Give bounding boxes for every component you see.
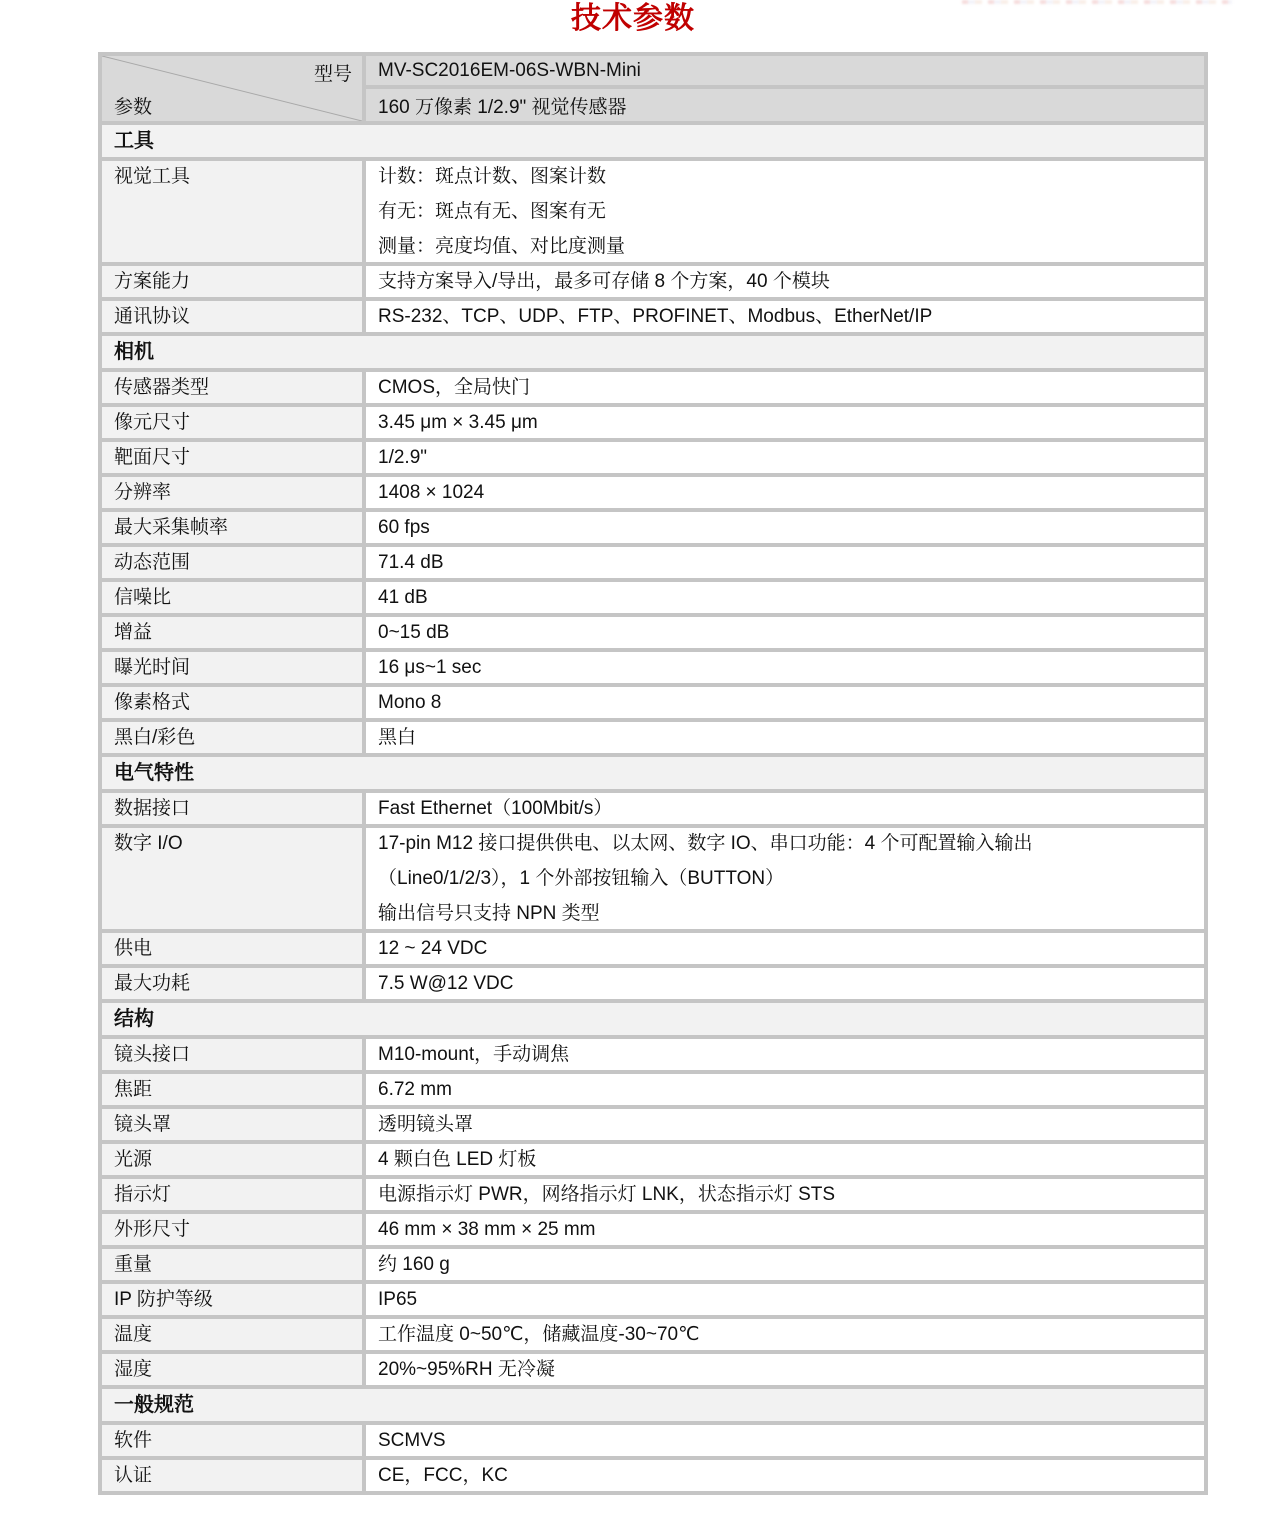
spec-value: 46 mm × 38 mm × 25 mm (366, 1214, 1204, 1245)
spec-value-line: RS-232、TCP、UDP、FTP、PROFINET、Modbus、Ether… (378, 301, 1194, 332)
spec-value: IP65 (366, 1284, 1204, 1315)
spec-label: 视觉工具 (102, 161, 366, 262)
spec-label: 软件 (102, 1425, 366, 1456)
spec-value-line: 41 dB (378, 582, 1194, 613)
spec-row: 数据接口 Fast Ethernet（100Mbit/s） (102, 789, 1204, 824)
spec-value-line: 约 160 g (378, 1249, 1194, 1280)
spec-value-line: 7.5 W@12 VDC (378, 968, 1194, 999)
spec-value-line: IP65 (378, 1284, 1194, 1315)
spec-label: 镜头罩 (102, 1109, 366, 1140)
section-header-row: 结构 (102, 999, 1204, 1035)
spec-value: Fast Ethernet（100Mbit/s） (366, 793, 1204, 824)
spec-value-line: 1/2.9" (378, 442, 1194, 473)
spec-value-line: CE，FCC，KC (378, 1460, 1194, 1491)
spec-value-line: 46 mm × 38 mm × 25 mm (378, 1214, 1194, 1245)
spec-value-line: 输出信号只支持 NPN 类型 (378, 898, 1194, 929)
spec-value-line: 电源指示灯 PWR，网络指示灯 LNK，状态指示灯 STS (378, 1179, 1194, 1210)
spec-value-line: M10-mount，手动调焦 (378, 1039, 1194, 1070)
spec-label: 最大采集帧率 (102, 512, 366, 543)
spec-label: 焦距 (102, 1074, 366, 1105)
spec-row: 靶面尺寸 1/2.9" (102, 438, 1204, 473)
spec-value-line: 有无：斑点有无、图案有无 (378, 196, 1194, 227)
section-header-row: 一般规范 (102, 1385, 1204, 1421)
spec-row: 焦距 6.72 mm (102, 1070, 1204, 1105)
spec-table: 型号 参数 MV-SC2016EM-06S-WBN-Mini 160 万像素 1… (98, 52, 1208, 1495)
spec-label: 传感器类型 (102, 372, 366, 403)
spec-value-line: 3.45 μm × 3.45 μm (378, 407, 1194, 438)
spec-table-header: 型号 参数 MV-SC2016EM-06S-WBN-Mini 160 万像素 1… (102, 56, 1204, 121)
spec-row: 供电 12 ~ 24 VDC (102, 929, 1204, 964)
spec-value-line: CMOS，全局快门 (378, 372, 1194, 403)
spec-row: 传感器类型 CMOS，全局快门 (102, 368, 1204, 403)
spec-label: 像素格式 (102, 687, 366, 718)
spec-value: Mono 8 (366, 687, 1204, 718)
spec-value-line: 支持方案导入/导出，最多可存储 8 个方案，40 个模块 (378, 266, 1194, 297)
spec-label: 增益 (102, 617, 366, 648)
spec-row: 最大采集帧率 60 fps (102, 508, 1204, 543)
spec-row: 像素格式 Mono 8 (102, 683, 1204, 718)
spec-value: 41 dB (366, 582, 1204, 613)
header-values: MV-SC2016EM-06S-WBN-Mini 160 万像素 1/2.9" … (366, 56, 1204, 121)
spec-label: IP 防护等级 (102, 1284, 366, 1315)
spec-value-line: 测量：亮度均值、对比度测量 (378, 231, 1194, 262)
spec-row: 像元尺寸 3.45 μm × 3.45 μm (102, 403, 1204, 438)
section-name: 电气特性 (114, 762, 194, 784)
spec-value: 黑白 (366, 722, 1204, 753)
spec-value: 透明镜头罩 (366, 1109, 1204, 1140)
spec-label: 靶面尺寸 (102, 442, 366, 473)
spec-label: 分辨率 (102, 477, 366, 508)
spec-value: 工作温度 0~50℃，储藏温度-30~70℃ (366, 1319, 1204, 1350)
spec-row: 指示灯 电源指示灯 PWR，网络指示灯 LNK，状态指示灯 STS (102, 1175, 1204, 1210)
spec-value-line: 4 颗白色 LED 灯板 (378, 1144, 1194, 1175)
spec-table-body: 工具 视觉工具 计数：斑点计数、图案计数有无：斑点有无、图案有无测量：亮度均值、… (102, 121, 1204, 1491)
spec-value: CMOS，全局快门 (366, 372, 1204, 403)
spec-row: 通讯协议 RS-232、TCP、UDP、FTP、PROFINET、Modbus、… (102, 297, 1204, 332)
spec-value: 约 160 g (366, 1249, 1204, 1280)
spec-value-line: 黑白 (378, 722, 1194, 753)
section-header-row: 相机 (102, 332, 1204, 368)
section-header-row: 工具 (102, 121, 1204, 157)
spec-value: SCMVS (366, 1425, 1204, 1456)
spec-value: M10-mount，手动调焦 (366, 1039, 1204, 1070)
section-header-row: 电气特性 (102, 753, 1204, 789)
spec-value-line: （Line0/1/2/3），1 个外部按钮输入（BUTTON） (378, 863, 1194, 894)
spec-value: RS-232、TCP、UDP、FTP、PROFINET、Modbus、Ether… (366, 301, 1204, 332)
corner-label-parameter: 参数 (114, 89, 152, 121)
spec-row: 黑白/彩色 黑白 (102, 718, 1204, 753)
spec-value: 3.45 μm × 3.45 μm (366, 407, 1204, 438)
spec-row: 湿度 20%~95%RH 无冷凝 (102, 1350, 1204, 1385)
spec-row: IP 防护等级 IP65 (102, 1280, 1204, 1315)
spec-value-line: 0~15 dB (378, 617, 1194, 648)
spec-label: 温度 (102, 1319, 366, 1350)
spec-value-line: Mono 8 (378, 687, 1194, 718)
spec-row: 镜头接口 M10-mount，手动调焦 (102, 1035, 1204, 1070)
spec-value-line: 71.4 dB (378, 547, 1194, 578)
spec-label: 指示灯 (102, 1179, 366, 1210)
spec-value: 4 颗白色 LED 灯板 (366, 1144, 1204, 1175)
spec-value-line: 工作温度 0~50℃，储藏温度-30~70℃ (378, 1319, 1194, 1350)
spec-value: 20%~95%RH 无冷凝 (366, 1354, 1204, 1385)
section-name: 工具 (114, 130, 154, 152)
spec-value-line: 计数：斑点计数、图案计数 (378, 161, 1194, 192)
spec-value-line: SCMVS (378, 1425, 1194, 1456)
spec-row: 最大功耗 7.5 W@12 VDC (102, 964, 1204, 999)
spec-label: 认证 (102, 1460, 366, 1491)
spec-label: 像元尺寸 (102, 407, 366, 438)
spec-value: CE，FCC，KC (366, 1460, 1204, 1491)
spec-row: 镜头罩 透明镜头罩 (102, 1105, 1204, 1140)
spec-value-line: 12 ~ 24 VDC (378, 933, 1194, 964)
spec-label: 数字 I/O (102, 828, 366, 929)
spec-row: 重量 约 160 g (102, 1245, 1204, 1280)
spec-value: 电源指示灯 PWR，网络指示灯 LNK，状态指示灯 STS (366, 1179, 1204, 1210)
section-name: 一般规范 (114, 1394, 194, 1416)
clipped-image-remnant (962, 0, 1232, 4)
spec-value: 12 ~ 24 VDC (366, 933, 1204, 964)
model-number: MV-SC2016EM-06S-WBN-Mini (366, 56, 1204, 89)
spec-row: 外形尺寸 46 mm × 38 mm × 25 mm (102, 1210, 1204, 1245)
spec-value: 60 fps (366, 512, 1204, 543)
spec-value-line: 透明镜头罩 (378, 1109, 1194, 1140)
spec-value-line: 6.72 mm (378, 1074, 1194, 1105)
spec-value: 7.5 W@12 VDC (366, 968, 1204, 999)
spec-value-line: 17-pin M12 接口提供供电、以太网、数字 IO、串口功能：4 个可配置输… (378, 828, 1194, 859)
spec-value: 17-pin M12 接口提供供电、以太网、数字 IO、串口功能：4 个可配置输… (366, 828, 1204, 929)
spec-value-line: 1408 × 1024 (378, 477, 1194, 508)
spec-row: 信噪比 41 dB (102, 578, 1204, 613)
spec-row: 认证 CE，FCC，KC (102, 1456, 1204, 1491)
spec-value-line: Fast Ethernet（100Mbit/s） (378, 793, 1194, 824)
page-title: 技术参数 (0, 0, 1266, 37)
spec-value: 6.72 mm (366, 1074, 1204, 1105)
spec-label: 最大功耗 (102, 968, 366, 999)
spec-row: 温度 工作温度 0~50℃，储藏温度-30~70℃ (102, 1315, 1204, 1350)
spec-label: 动态范围 (102, 547, 366, 578)
spec-row: 曝光时间 16 μs~1 sec (102, 648, 1204, 683)
spec-row: 视觉工具 计数：斑点计数、图案计数有无：斑点有无、图案有无测量：亮度均值、对比度… (102, 157, 1204, 262)
spec-label: 重量 (102, 1249, 366, 1280)
spec-value: 1408 × 1024 (366, 477, 1204, 508)
spec-label: 通讯协议 (102, 301, 366, 332)
spec-value: 71.4 dB (366, 547, 1204, 578)
spec-value-line: 60 fps (378, 512, 1194, 543)
spec-value: 支持方案导入/导出，最多可存储 8 个方案，40 个模块 (366, 266, 1204, 297)
spec-label: 供电 (102, 933, 366, 964)
header-corner-cell: 型号 参数 (102, 56, 366, 121)
section-name: 相机 (114, 341, 154, 363)
spec-label: 外形尺寸 (102, 1214, 366, 1245)
spec-row: 动态范围 71.4 dB (102, 543, 1204, 578)
spec-row: 分辨率 1408 × 1024 (102, 473, 1204, 508)
spec-row: 数字 I/O 17-pin M12 接口提供供电、以太网、数字 IO、串口功能：… (102, 824, 1204, 929)
corner-label-model: 型号 (314, 56, 352, 89)
spec-value: 计数：斑点计数、图案计数有无：斑点有无、图案有无测量：亮度均值、对比度测量 (366, 161, 1204, 262)
spec-label: 方案能力 (102, 266, 366, 297)
spec-label: 光源 (102, 1144, 366, 1175)
spec-row: 光源 4 颗白色 LED 灯板 (102, 1140, 1204, 1175)
spec-row: 方案能力 支持方案导入/导出，最多可存储 8 个方案，40 个模块 (102, 262, 1204, 297)
spec-value-line: 16 μs~1 sec (378, 652, 1194, 683)
spec-value: 16 μs~1 sec (366, 652, 1204, 683)
spec-label: 信噪比 (102, 582, 366, 613)
spec-label: 数据接口 (102, 793, 366, 824)
page: { "title": "技术参数", "colors": { "title": … (0, 0, 1266, 1517)
spec-label: 黑白/彩色 (102, 722, 366, 753)
spec-label: 湿度 (102, 1354, 366, 1385)
spec-label: 曝光时间 (102, 652, 366, 683)
spec-row: 软件 SCMVS (102, 1421, 1204, 1456)
model-description: 160 万像素 1/2.9" 视觉传感器 (366, 89, 1204, 121)
spec-value: 0~15 dB (366, 617, 1204, 648)
section-name: 结构 (114, 1008, 154, 1030)
spec-value: 1/2.9" (366, 442, 1204, 473)
spec-value-line: 20%~95%RH 无冷凝 (378, 1354, 1194, 1385)
spec-label: 镜头接口 (102, 1039, 366, 1070)
spec-row: 增益 0~15 dB (102, 613, 1204, 648)
